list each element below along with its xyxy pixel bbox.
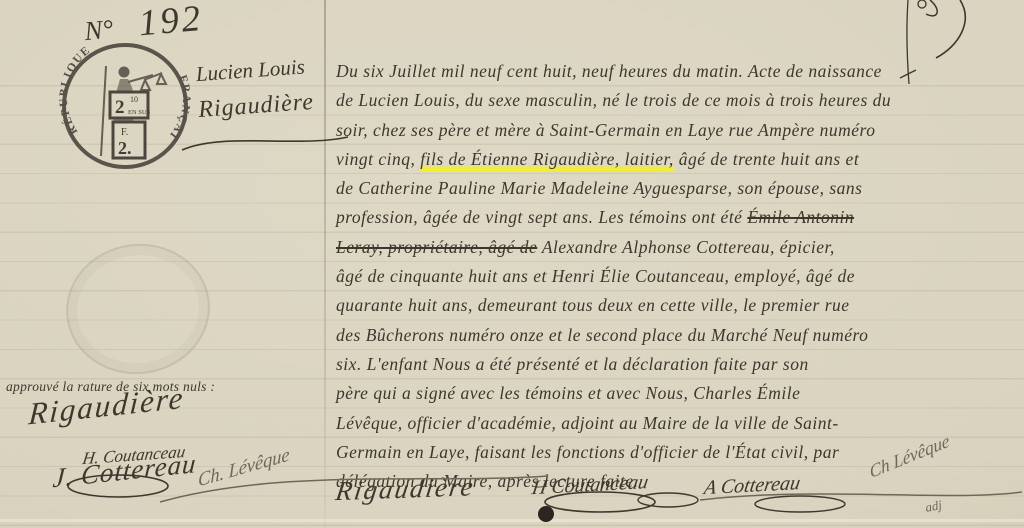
- svg-text:EN SUS: EN SUS: [128, 109, 151, 116]
- name-underline-flourish: [178, 128, 353, 156]
- act-text-line: Leray, propriétaire, âgé de Alexandre Al…: [336, 233, 1020, 262]
- embossed-seal: [58, 235, 219, 384]
- svg-text:10: 10: [130, 95, 138, 104]
- act-body-text: Du six Juillet mil neuf cent huit, neuf …: [336, 57, 1020, 496]
- stamp-value-box: F. 2.: [113, 122, 145, 158]
- text-segment: père qui a signé avec les témoins et ave…: [336, 383, 800, 403]
- svg-text:F.: F.: [121, 127, 128, 138]
- act-text-line: soir, chez ses père et mère à Saint-Germ…: [336, 116, 1020, 145]
- text-segment: six. L'enfant Nous a été présenté et la …: [336, 354, 809, 374]
- act-text-line: six. L'enfant Nous a été présenté et la …: [336, 350, 1020, 379]
- text-segment: de Lucien Louis, du sexe masculin, né le…: [336, 90, 891, 110]
- text-segment: Lévêque, officier d'académie, adjoint au…: [336, 413, 839, 433]
- act-text-line: Lévêque, officier d'académie, adjoint au…: [336, 409, 1020, 438]
- text-segment: soir, chez ses père et mère à Saint-Germ…: [336, 120, 875, 140]
- signature-leveque-adj: adj: [924, 497, 943, 516]
- stamp-denomination-box: 2 10 EN SUS: [110, 92, 151, 118]
- act-text-line: profession, âgée de vingt sept ans. Les …: [336, 203, 1020, 232]
- revenue-stamp: RÉPUBLIQUE FRANÇAISE 2 10 EN SUS F. 2.: [58, 32, 192, 178]
- struck-words: Leray, propriétaire, âgé de: [336, 237, 537, 257]
- text-segment: âgé de cinquante huit ans et Henri Élie …: [336, 266, 855, 286]
- text-segment: vingt cinq,: [336, 149, 420, 169]
- margin-name-last: Rigaudière: [197, 84, 315, 128]
- text-segment: Alexandre Alphonse Cottereau, épicier,: [537, 237, 835, 257]
- act-text-line: âgé de cinquante huit ans et Henri Élie …: [336, 262, 1020, 291]
- page-bottom-edge: [0, 519, 1024, 522]
- text-segment: Du six Juillet mil neuf cent huit, neuf …: [336, 61, 882, 81]
- text-segment: âgé de trente huit ans et: [674, 149, 859, 169]
- margin-signature-cottereau: J. Cottereau: [52, 448, 198, 495]
- struck-words: Émile Antonin: [747, 207, 854, 227]
- text-segment: des Bûcherons numéro onze et le second p…: [336, 325, 868, 345]
- signature-rigaudiere: Rigaudière: [334, 471, 477, 507]
- svg-text:2.: 2.: [118, 138, 132, 158]
- act-text-line: de Catherine Pauline Marie Madeleine Ayg…: [336, 174, 1020, 203]
- act-text-line: quarante huit ans, demeurant tous deux e…: [336, 291, 1020, 320]
- act-text-line: des Bûcherons numéro onze et le second p…: [336, 321, 1020, 350]
- svg-text:2: 2: [115, 97, 125, 118]
- act-text-line: vingt cinq, fils de Étienne Rigaudière, …: [336, 145, 1020, 174]
- text-segment: profession, âgée de vingt sept ans. Les …: [336, 207, 747, 227]
- act-text-line: de Lucien Louis, du sexe masculin, né le…: [336, 86, 1020, 115]
- text-segment: de Catherine Pauline Marie Madeleine Ayg…: [336, 178, 862, 198]
- act-text-line: père qui a signé avec les témoins et ave…: [336, 379, 1020, 408]
- text-segment: Germain en Laye, faisant les fonctions d…: [336, 442, 839, 462]
- birth-record-page: N° 192 RÉPUBLIQUE FRANÇAISE 2 10 EN SUS: [0, 0, 1024, 528]
- margin-signature-leveque: Ch. Lévêque: [198, 444, 290, 493]
- margin-rule-line: [324, 0, 326, 528]
- text-segment: quarante huit ans, demeurant tous deux e…: [336, 295, 850, 315]
- act-text-line: Du six Juillet mil neuf cent huit, neuf …: [336, 57, 1020, 86]
- margin-child-name: Lucien Louis Rigaudière: [195, 48, 315, 128]
- highlighted-father-name: fils de Étienne Rigaudière, laitier,: [420, 149, 674, 171]
